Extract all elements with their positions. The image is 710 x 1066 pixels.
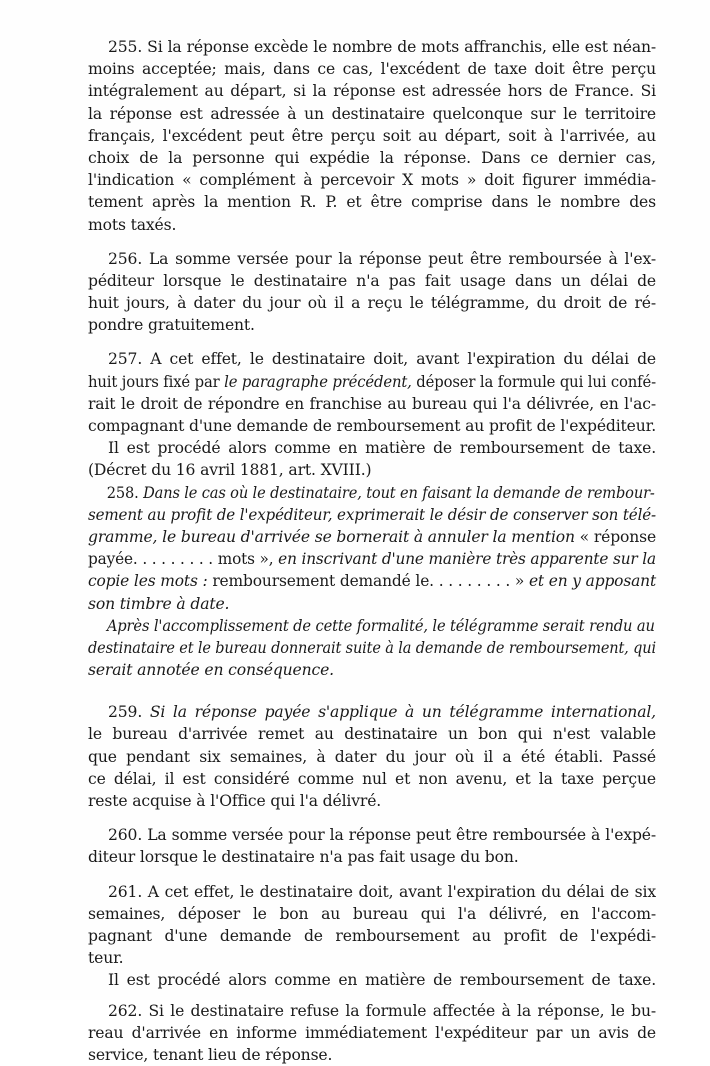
text-line: pondre gratuitement. — [88, 314, 656, 336]
text-line: copie les mots : remboursement demandé l… — [88, 570, 656, 592]
text-line: français, l'excédent peut être perçu soi… — [88, 125, 656, 147]
text-line: gramme, le bureau d'arrivée se bornerait… — [88, 526, 656, 548]
text-line: diteur lorsque le destinataire n'a pas f… — [88, 846, 656, 868]
paragraph-258: 258. Dans le cas où le destinataire, tou… — [88, 482, 656, 682]
text-line: le bureau d'arrivée remet au destinatair… — [88, 723, 656, 745]
text-line: 258. Dans le cas où le destinataire, tou… — [88, 482, 673, 504]
text-line: 259. Si la réponse payée s'applique à un… — [88, 701, 656, 723]
paragraph-spacer — [88, 992, 656, 1000]
text-line: destinataire et le bureau donnerait suit… — [88, 637, 656, 659]
text-line: huit jours fixé par le paragraphe précéd… — [88, 371, 656, 393]
paragraph-261: 261. A cet effet, le destinataire doit, … — [88, 881, 656, 992]
text-line: pagnant d'une demande de remboursement a… — [88, 925, 656, 947]
text-line: ce délai, il est considéré comme nul et … — [88, 768, 656, 790]
text-line: tement après la mention R. P. et être co… — [88, 191, 656, 213]
paragraph-spacer — [88, 869, 656, 881]
text-line: Il est procédé alors comme en matière de… — [88, 437, 656, 459]
text-line: intégralement au départ, si la réponse e… — [88, 80, 656, 102]
paragraph-257: 257. A cet effet, le destinataire doit, … — [88, 348, 656, 481]
text-block: 255. Si la réponse excède le nombre de m… — [88, 36, 656, 1000]
text-line: péditeur lorsque le destinataire n'a pas… — [88, 270, 656, 292]
text-line: 256. La somme versée pour la réponse peu… — [88, 248, 656, 270]
text-line: compagnant d'une demande de remboursemen… — [88, 415, 656, 437]
text-line: la réponse est adressée à un destinatair… — [88, 103, 656, 125]
text-line: mots taxés. — [88, 214, 656, 236]
paragraph-spacer — [88, 812, 656, 824]
text-line: huit jours, à dater du jour où il a reçu… — [88, 292, 656, 314]
text-line: Après l'accomplissement de cette formali… — [88, 615, 674, 637]
text-line: Il est procédé alors comme en matière de… — [88, 969, 656, 991]
text-line: serait annotée en conséquence. — [88, 659, 656, 681]
text-line: teur. — [88, 947, 656, 969]
paragraph-spacer — [88, 681, 656, 701]
text-line: que pendant six semaines, à dater du jou… — [88, 746, 656, 768]
text-line: 261. A cet effet, le destinataire doit, … — [88, 881, 656, 903]
text-line: l'indication « complément à percevoir X … — [88, 169, 656, 191]
paragraph-spacer — [88, 236, 656, 248]
text-line: 260. La somme versée pour la réponse peu… — [88, 824, 656, 846]
text-line: semaines, déposer le bon au bureau qui l… — [88, 903, 656, 925]
paragraph-260: 260. La somme versée pour la réponse peu… — [88, 824, 656, 868]
paragraph-256: 256. La somme versée pour la réponse peu… — [88, 248, 656, 337]
text-line: 257. A cet effet, le destinataire doit, … — [88, 348, 656, 370]
text-line: son timbre à date. — [88, 593, 656, 615]
paragraph-spacer — [88, 336, 656, 348]
decree-citation: (Décret du 16 avril 1881, art. XVIII.) — [88, 459, 656, 481]
text-line: rait le droit de répondre en franchise a… — [88, 393, 656, 415]
text-line: reste acquise à l'Office qui l'a délivré… — [88, 790, 656, 812]
text-line: 255. Si la réponse excède le nombre de m… — [88, 36, 656, 58]
text-line: sement au profit de l'expéditeur, exprim… — [88, 504, 656, 526]
paragraph-259: 259. Si la réponse payée s'applique à un… — [88, 701, 656, 812]
text-line: choix de la personne qui expédie la répo… — [88, 147, 656, 169]
text-line: payée. . . . . . . . . mots », en inscri… — [88, 548, 656, 570]
scanned-book-page: 255. Si la réponse excède le nombre de m… — [0, 0, 710, 1000]
paragraph-255: 255. Si la réponse excède le nombre de m… — [88, 36, 656, 236]
text-line: moins acceptée; mais, dans ce cas, l'exc… — [88, 58, 656, 80]
